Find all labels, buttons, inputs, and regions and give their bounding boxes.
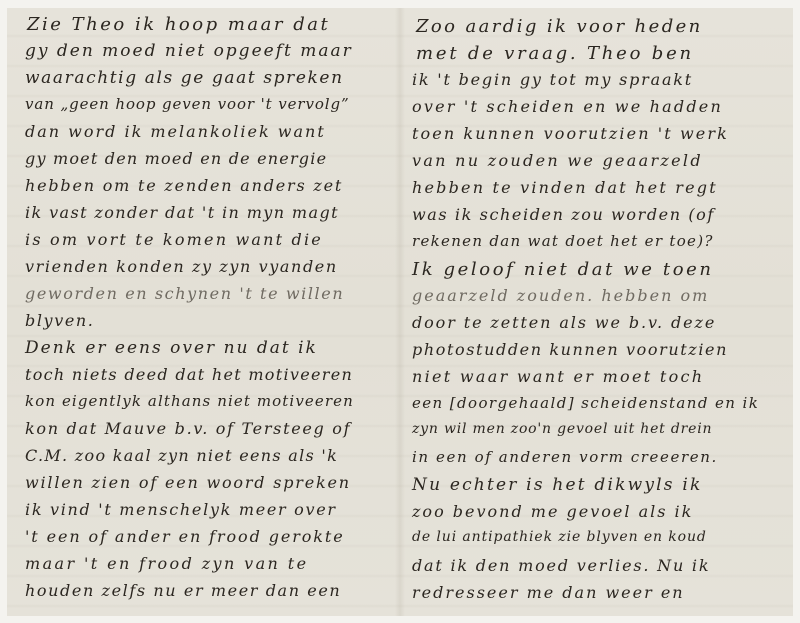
scan-border	[0, 616, 800, 623]
handwritten-line: een [doorgehaald] scheidenstand en ik	[412, 394, 759, 412]
handwritten-line: Nu echter is het dikwyls ik	[412, 475, 702, 495]
handwritten-line: waarachtig als ge gaat spreken	[25, 68, 344, 88]
handwritten-line: dat ik den moed verlies. Nu ik	[412, 556, 710, 575]
handwritten-line: C.M. zoo kaal zyn niet eens als 'k	[25, 446, 338, 465]
handwritten-line: redresseer me dan weer en	[412, 583, 685, 602]
handwritten-line: 't een of ander en frood gerokte	[25, 527, 345, 546]
handwritten-line: Zie Theo ik hoop maar dat	[27, 14, 330, 35]
handwritten-line: Denk er eens over nu dat ik	[25, 338, 318, 358]
handwritten-line: kon eigentlyk althans niet motiveeren	[25, 392, 354, 410]
handwritten-line: van nu zouden we geaarzeld	[412, 151, 703, 170]
handwritten-line: de lui antipathiek zie blyven en koud	[412, 529, 707, 545]
handwritten-line: willen zien of een woord spreken	[25, 473, 351, 492]
handwritten-line: was ik scheiden zou worden (of	[412, 205, 715, 224]
handwritten-line: Zoo aardig ik voor heden	[416, 16, 703, 37]
scan-border	[0, 0, 7, 623]
handwritten-line: ik vast zonder dat 't in myn magt	[25, 203, 339, 222]
handwritten-line: toch niets deed dat het motiveeren	[25, 365, 353, 384]
handwritten-line: zyn wil men zoo'n gevoel uit het drein	[412, 421, 712, 437]
handwritten-line: over 't scheiden en we hadden	[412, 97, 723, 116]
handwritten-line: niet waar want er moet toch	[412, 367, 704, 386]
handwritten-line: door te zetten als we b.v. deze	[412, 313, 716, 332]
handwritten-line: vrienden konden zy zyn vyanden	[25, 257, 338, 276]
left-page: Zie Theo ik hoop maar dat gy den moed ni…	[7, 8, 400, 616]
scan-border	[793, 0, 800, 623]
handwritten-line: photostudden kunnen voorutzien	[412, 340, 728, 359]
scan-border	[0, 0, 800, 8]
handwritten-line: kon dat Mauve b.v. of Tersteeg of	[25, 419, 351, 438]
handwritten-line: gy den moed niet opgeeft maar	[25, 41, 353, 61]
handwritten-line: maar 't en frood zyn van te	[25, 554, 308, 573]
letter-scan: Zie Theo ik hoop maar dat gy den moed ni…	[0, 0, 800, 623]
handwritten-line: dan word ik melankoliek want	[25, 122, 326, 141]
handwritten-line: ik 't begin gy tot my spraakt	[412, 70, 693, 89]
handwritten-line: van „geen hoop geven voor 't vervolg”	[25, 95, 350, 113]
handwritten-line: gy moet den moed en de energie	[25, 149, 327, 168]
handwritten-line: geworden en schynen 't te willen	[25, 284, 344, 303]
handwritten-line: ik vind 't menschelyk meer over	[25, 500, 337, 519]
handwritten-line: geaarzeld zouden. hebben om	[412, 286, 709, 305]
handwritten-line: blyven.	[25, 311, 95, 330]
handwritten-line: is om vort te komen want die	[25, 230, 323, 249]
handwritten-line: Ik geloof niet dat we toen	[412, 259, 714, 280]
handwritten-line: zoo bevond me gevoel als ik	[412, 502, 693, 521]
handwritten-line: hebben om te zenden anders zet	[25, 176, 343, 195]
handwritten-line: met de vraag. Theo ben	[416, 43, 694, 64]
handwritten-line: rekenen dan wat doet het er toe)?	[412, 232, 714, 250]
handwritten-line: in een of anderen vorm creeeren.	[412, 448, 718, 466]
handwritten-line: hebben te vinden dat het regt	[412, 178, 718, 197]
right-page: Zoo aardig ik voor heden met de vraag. T…	[400, 8, 793, 616]
handwritten-line: houden zelfs nu er meer dan een	[25, 581, 341, 600]
handwritten-line: toen kunnen voorutzien 't werk	[412, 124, 729, 143]
